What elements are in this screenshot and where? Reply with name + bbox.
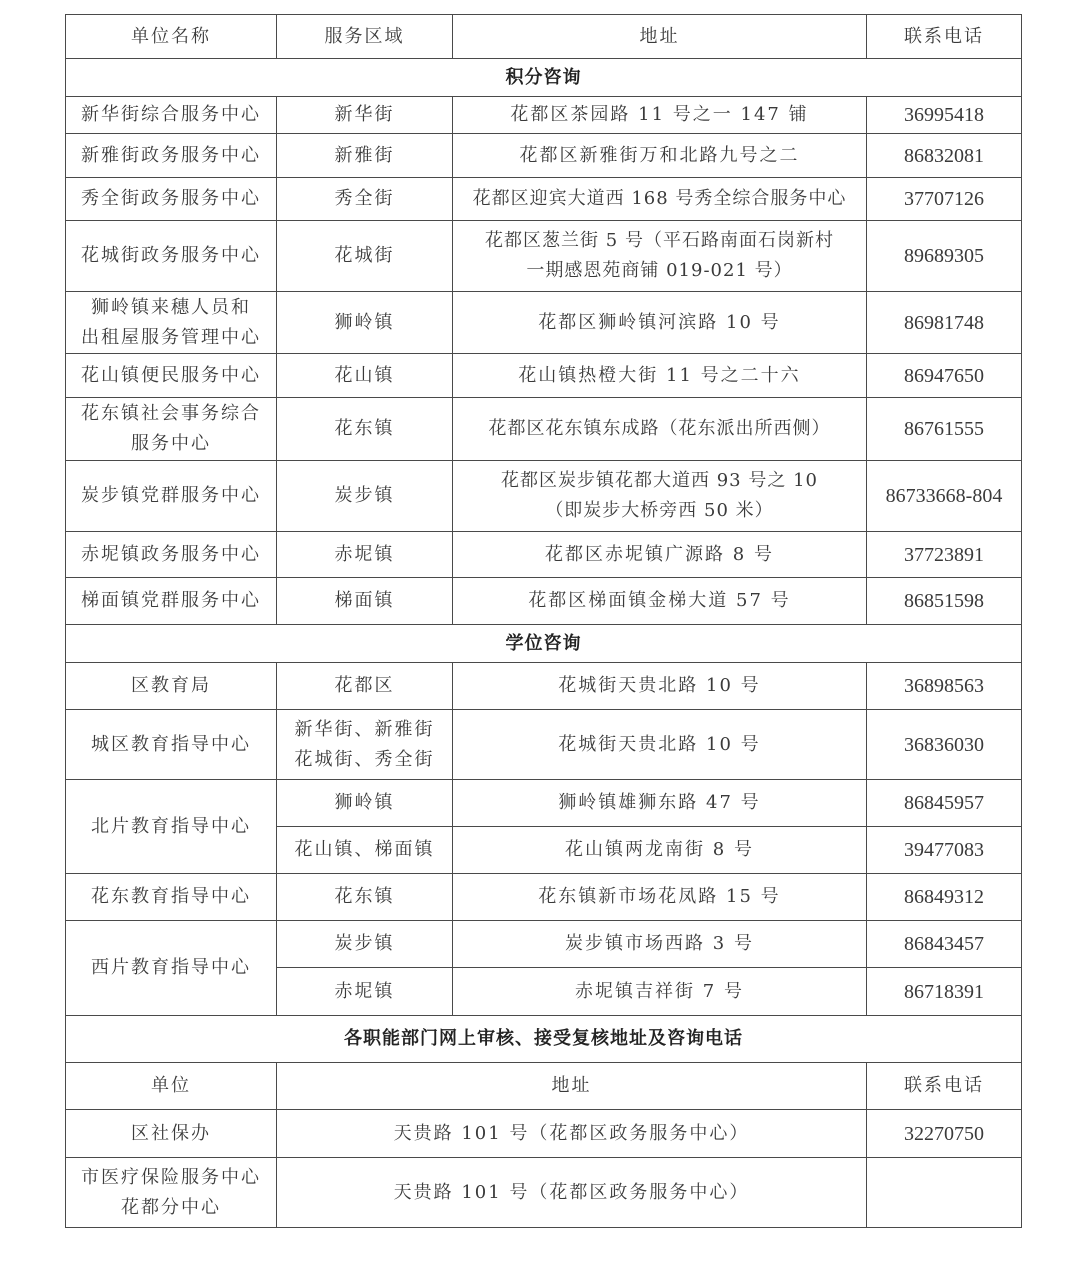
area-cell: 花都区 bbox=[277, 663, 453, 710]
area-line-2: 花城街、秀全街 bbox=[281, 745, 448, 775]
table-row: 花东教育指导中心 花东镇 花东镇新市场花凤路 15 号 86849312 bbox=[66, 874, 1022, 921]
table-row: 北片教育指导中心 狮岭镇 狮岭镇雄狮东路 47 号 86845957 bbox=[66, 780, 1022, 827]
area-cell: 赤坭镇 bbox=[277, 968, 453, 1016]
table-row: 区社保办 天贵路 101 号（花都区政务服务中心） 32270750 bbox=[66, 1110, 1022, 1158]
unit-cell: 区教育局 bbox=[66, 663, 277, 710]
address-cell: 天贵路 101 号（花都区政务服务中心） bbox=[277, 1110, 867, 1158]
unit-line-2: 出租屋服务管理中心 bbox=[70, 323, 272, 353]
area-cell: 狮岭镇 bbox=[277, 292, 453, 354]
address-cell: 花东镇新市场花凤路 15 号 bbox=[453, 874, 867, 921]
address-line-2: 一期感恩苑商铺 019-021 号） bbox=[457, 256, 862, 286]
area-cell: 新雅街 bbox=[277, 134, 453, 178]
phone-cell: 86981748 bbox=[867, 292, 1022, 354]
unit-line-1: 市医疗保险服务中心 bbox=[70, 1163, 272, 1193]
table-row: 新华街综合服务中心 新华街 花都区茶园路 11 号之一 147 铺 369954… bbox=[66, 97, 1022, 134]
phone-cell: 86843457 bbox=[867, 921, 1022, 968]
address-cell: 花都区梯面镇金梯大道 57 号 bbox=[453, 578, 867, 625]
unit-cell: 花东教育指导中心 bbox=[66, 874, 277, 921]
unit-line-2: 服务中心 bbox=[70, 429, 272, 459]
phone-cell: 39477083 bbox=[867, 827, 1022, 874]
address-cell: 花都区狮岭镇河滨路 10 号 bbox=[453, 292, 867, 354]
unit-cell: 新雅街政务服务中心 bbox=[66, 134, 277, 178]
address-line-1: 花都区葱兰街 5 号（平石路南面石岗新村 bbox=[457, 226, 862, 256]
unit-cell: 市医疗保险服务中心 花都分中心 bbox=[66, 1158, 277, 1228]
phone-cell: 86851598 bbox=[867, 578, 1022, 625]
address-cell: 赤坭镇吉祥街 7 号 bbox=[453, 968, 867, 1016]
address-cell: 花都区茶园路 11 号之一 147 铺 bbox=[453, 97, 867, 134]
area-cell: 花东镇 bbox=[277, 874, 453, 921]
header-phone: 联系电话 bbox=[867, 1063, 1022, 1110]
unit-cell: 赤坭镇政务服务中心 bbox=[66, 532, 277, 578]
unit-line-2: 花都分中心 bbox=[70, 1193, 272, 1223]
address-cell: 花城街天贵北路 10 号 bbox=[453, 710, 867, 780]
area-cell: 花山镇、梯面镇 bbox=[277, 827, 453, 874]
area-cell: 赤坭镇 bbox=[277, 532, 453, 578]
header-address: 地址 bbox=[453, 15, 867, 59]
phone-cell: 37707126 bbox=[867, 178, 1022, 221]
table-row: 城区教育指导中心 新华街、新雅街 花城街、秀全街 花城街天贵北路 10 号 36… bbox=[66, 710, 1022, 780]
phone-cell: 36995418 bbox=[867, 97, 1022, 134]
header-unit: 单位 bbox=[66, 1063, 277, 1110]
address-cell: 狮岭镇雄狮东路 47 号 bbox=[453, 780, 867, 827]
address-cell: 花城街天贵北路 10 号 bbox=[453, 663, 867, 710]
table-row: 秀全街政务服务中心 秀全街 花都区迎宾大道西 168 号秀全综合服务中心 377… bbox=[66, 178, 1022, 221]
area-cell: 花山镇 bbox=[277, 354, 453, 398]
table-row: 区教育局 花都区 花城街天贵北路 10 号 36898563 bbox=[66, 663, 1022, 710]
address-cell: 天贵路 101 号（花都区政务服务中心） bbox=[277, 1158, 867, 1228]
table-header-row: 单位名称 服务区域 地址 联系电话 bbox=[66, 15, 1022, 59]
table-row: 市医疗保险服务中心 花都分中心 天贵路 101 号（花都区政务服务中心） bbox=[66, 1158, 1022, 1228]
phone-cell: 86718391 bbox=[867, 968, 1022, 1016]
unit-cell: 炭步镇党群服务中心 bbox=[66, 461, 277, 532]
address-cell: 花都区葱兰街 5 号（平石路南面石岗新村 一期感恩苑商铺 019-021 号） bbox=[453, 221, 867, 292]
area-cell: 新华街、新雅街 花城街、秀全街 bbox=[277, 710, 453, 780]
phone-cell: 86845957 bbox=[867, 780, 1022, 827]
table-row: 梯面镇党群服务中心 梯面镇 花都区梯面镇金梯大道 57 号 86851598 bbox=[66, 578, 1022, 625]
unit-cell: 花东镇社会事务综合 服务中心 bbox=[66, 398, 277, 461]
phone-cell: 32270750 bbox=[867, 1110, 1022, 1158]
address-cell: 花山镇热橙大街 11 号之二十六 bbox=[453, 354, 867, 398]
unit-line-1: 狮岭镇来穗人员和 bbox=[70, 293, 272, 323]
unit-cell: 花城街政务服务中心 bbox=[66, 221, 277, 292]
phone-cell: 86947650 bbox=[867, 354, 1022, 398]
area-cell: 秀全街 bbox=[277, 178, 453, 221]
area-cell: 梯面镇 bbox=[277, 578, 453, 625]
address-cell: 花都区新雅街万和北路九号之二 bbox=[453, 134, 867, 178]
table-row: 新雅街政务服务中心 新雅街 花都区新雅街万和北路九号之二 86832081 bbox=[66, 134, 1022, 178]
phone-cell: 86761555 bbox=[867, 398, 1022, 461]
section-title-points: 积分咨询 bbox=[66, 59, 1022, 97]
address-cell: 花都区花东镇东成路（花东派出所西侧） bbox=[453, 398, 867, 461]
unit-cell: 秀全街政务服务中心 bbox=[66, 178, 277, 221]
table-row: 狮岭镇来穗人员和 出租屋服务管理中心 狮岭镇 花都区狮岭镇河滨路 10 号 86… bbox=[66, 292, 1022, 354]
table-row: 花东镇社会事务综合 服务中心 花东镇 花都区花东镇东成路（花东派出所西侧） 86… bbox=[66, 398, 1022, 461]
address-cell: 炭步镇市场西路 3 号 bbox=[453, 921, 867, 968]
unit-cell: 新华街综合服务中心 bbox=[66, 97, 277, 134]
table-row: 花山镇便民服务中心 花山镇 花山镇热橙大街 11 号之二十六 86947650 bbox=[66, 354, 1022, 398]
unit-cell: 狮岭镇来穗人员和 出租屋服务管理中心 bbox=[66, 292, 277, 354]
section-title-review: 各职能部门网上审核、接受复核地址及咨询电话 bbox=[66, 1016, 1022, 1063]
area-cell: 狮岭镇 bbox=[277, 780, 453, 827]
address-cell: 花山镇两龙南街 8 号 bbox=[453, 827, 867, 874]
unit-cell: 区社保办 bbox=[66, 1110, 277, 1158]
address-line-1: 花都区炭步镇花都大道西 93 号之 10 bbox=[457, 466, 862, 496]
phone-cell: 86733668-804 bbox=[867, 461, 1022, 532]
area-cell: 花东镇 bbox=[277, 398, 453, 461]
area-cell: 花城街 bbox=[277, 221, 453, 292]
contact-table: 单位名称 服务区域 地址 联系电话 积分咨询 新华街综合服务中心 新华街 花都区… bbox=[65, 14, 1022, 1228]
unit-cell: 梯面镇党群服务中心 bbox=[66, 578, 277, 625]
address-cell: 花都区炭步镇花都大道西 93 号之 10 （即炭步大桥旁西 50 米） bbox=[453, 461, 867, 532]
header-unit: 单位名称 bbox=[66, 15, 277, 59]
phone-cell: 37723891 bbox=[867, 532, 1022, 578]
section-title-school: 学位咨询 bbox=[66, 625, 1022, 663]
phone-cell: 36836030 bbox=[867, 710, 1022, 780]
table-row: 赤坭镇政务服务中心 赤坭镇 花都区赤坭镇广源路 8 号 37723891 bbox=[66, 532, 1022, 578]
area-cell: 炭步镇 bbox=[277, 921, 453, 968]
address-cell: 花都区迎宾大道西 168 号秀全综合服务中心 bbox=[453, 178, 867, 221]
phone-cell: 36898563 bbox=[867, 663, 1022, 710]
table-row: 炭步镇党群服务中心 炭步镇 花都区炭步镇花都大道西 93 号之 10 （即炭步大… bbox=[66, 461, 1022, 532]
review-header-row: 单位 地址 联系电话 bbox=[66, 1063, 1022, 1110]
area-cell: 炭步镇 bbox=[277, 461, 453, 532]
phone-cell: 89689305 bbox=[867, 221, 1022, 292]
phone-cell: 86849312 bbox=[867, 874, 1022, 921]
unit-cell: 城区教育指导中心 bbox=[66, 710, 277, 780]
header-area: 服务区域 bbox=[277, 15, 453, 59]
unit-cell: 西片教育指导中心 bbox=[66, 921, 277, 1016]
unit-cell: 花山镇便民服务中心 bbox=[66, 354, 277, 398]
area-line-1: 新华街、新雅街 bbox=[281, 715, 448, 745]
address-line-2: （即炭步大桥旁西 50 米） bbox=[457, 496, 862, 526]
phone-cell bbox=[867, 1158, 1022, 1228]
header-address: 地址 bbox=[277, 1063, 867, 1110]
unit-line-1: 花东镇社会事务综合 bbox=[70, 399, 272, 429]
address-cell: 花都区赤坭镇广源路 8 号 bbox=[453, 532, 867, 578]
unit-cell: 北片教育指导中心 bbox=[66, 780, 277, 874]
table-row: 西片教育指导中心 炭步镇 炭步镇市场西路 3 号 86843457 bbox=[66, 921, 1022, 968]
area-cell: 新华街 bbox=[277, 97, 453, 134]
phone-cell: 86832081 bbox=[867, 134, 1022, 178]
header-phone: 联系电话 bbox=[867, 15, 1022, 59]
table-row: 花城街政务服务中心 花城街 花都区葱兰街 5 号（平石路南面石岗新村 一期感恩苑… bbox=[66, 221, 1022, 292]
